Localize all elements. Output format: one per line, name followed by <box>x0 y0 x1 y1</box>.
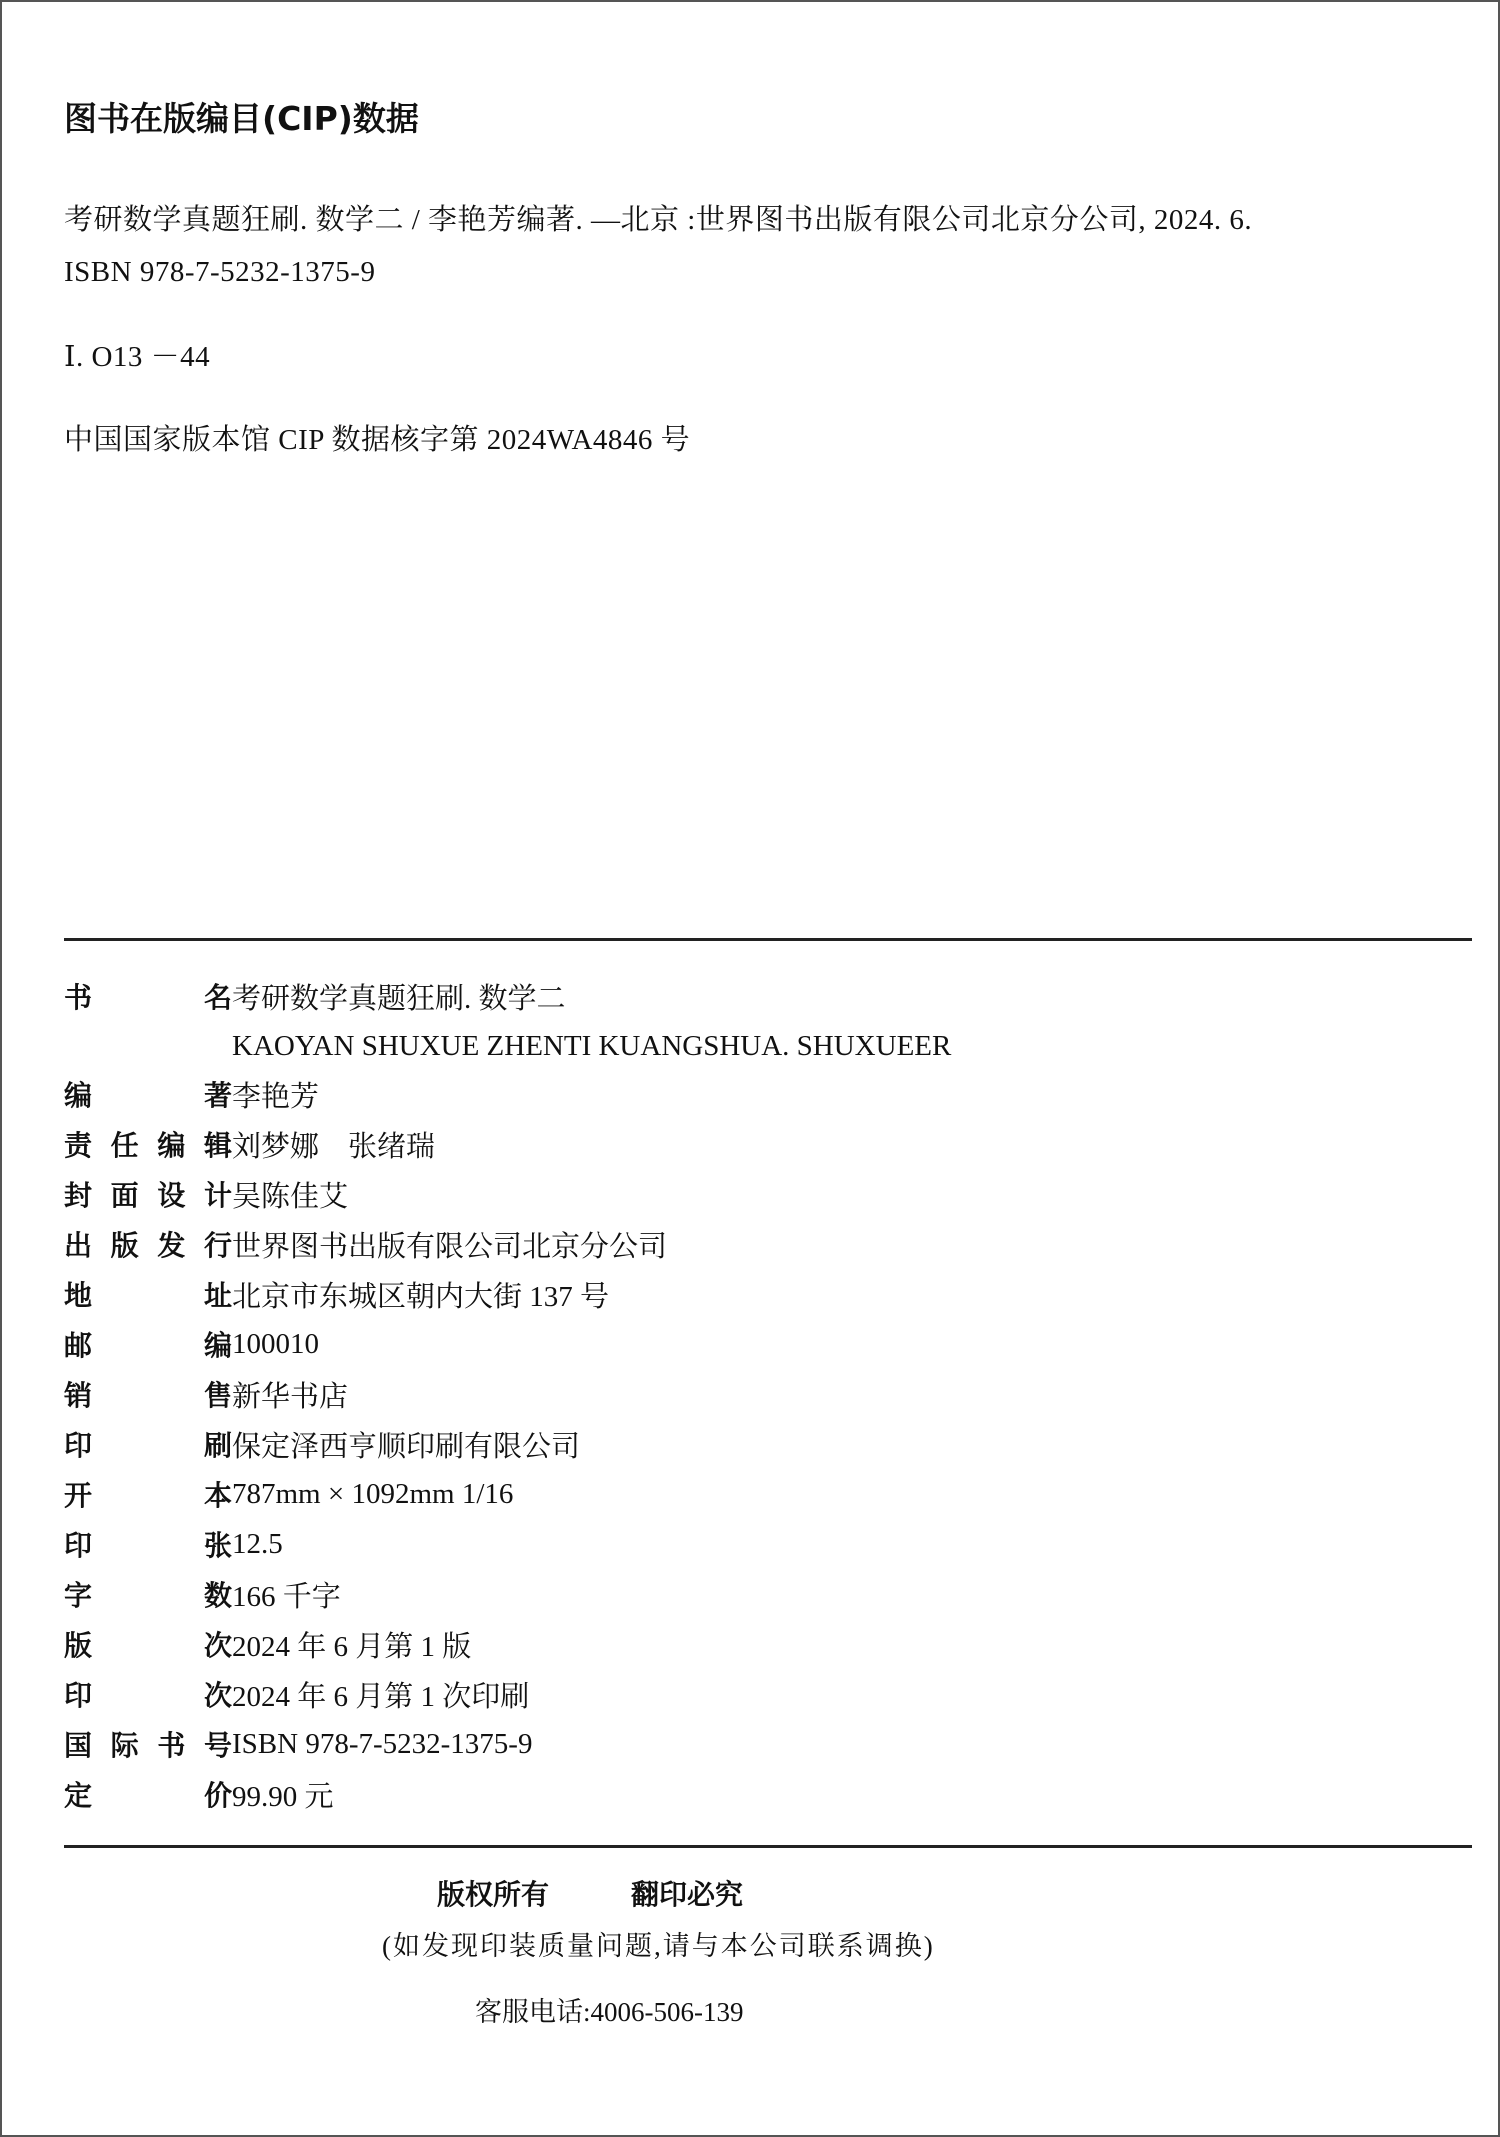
label-char: 书 <box>64 976 92 1016</box>
label-char: 责 <box>64 1124 92 1164</box>
label-char: 际 <box>111 1724 139 1764</box>
colophon-label: 开本 <box>64 1474 232 1514</box>
colophon-value: 99.90 元 <box>232 1774 334 1815</box>
label-char: 印 <box>64 1524 92 1564</box>
bottom-divider <box>64 1845 1472 1848</box>
colophon-label: 邮编 <box>64 1324 232 1364</box>
colophon-label: 责任编辑 <box>64 1124 232 1164</box>
colophon-row: 印刷保定泽西亨顺印刷有限公司 <box>64 1424 580 1464</box>
colophon-value: 北京市东城区朝内大街 137 号 <box>232 1274 609 1315</box>
label-char: 字 <box>64 1574 92 1614</box>
label-char: 编 <box>157 1124 185 1164</box>
label-char: 址 <box>204 1274 232 1314</box>
colophon-value: 世界图书出版有限公司北京分公司 <box>232 1224 667 1265</box>
label-char: 辑 <box>204 1124 232 1164</box>
colophon-value: 2024 年 6 月第 1 版 <box>232 1624 471 1665</box>
quality-notice: (如发现印装质量问题,请与本公司联系调换) <box>382 1933 935 1960</box>
label-char: 书 <box>157 1724 185 1764</box>
colophon-row: 字数166 千字 <box>64 1574 341 1614</box>
colophon-label: 封面设计 <box>64 1174 232 1214</box>
colophon-row: 邮编100010 <box>64 1324 319 1364</box>
colophon-label: 出版发行 <box>64 1224 232 1264</box>
colophon-row: 印张12.5 <box>64 1524 283 1564</box>
colophon-value: 787mm × 1092mm 1/16 <box>232 1478 513 1511</box>
top-divider <box>64 938 1472 941</box>
colophon-value: 吴陈佳艾 <box>232 1174 348 1215</box>
colophon-row: 印次2024 年 6 月第 1 次印刷 <box>64 1674 529 1714</box>
colophon-row: 编著李艳芳 <box>64 1074 319 1114</box>
label-char: 次 <box>204 1624 232 1664</box>
label-char: 邮 <box>64 1324 92 1364</box>
label-char: 开 <box>64 1474 92 1514</box>
label-char: 设 <box>157 1174 185 1214</box>
rights-reserved: 版权所有 <box>437 1881 549 1909</box>
label-char: 印 <box>64 1424 92 1464</box>
cip-classification: Ⅰ. O13 －44 <box>64 343 210 372</box>
label-char: 面 <box>111 1174 139 1214</box>
label-char: 国 <box>64 1724 92 1764</box>
colophon-row: 国际书号ISBN 978-7-5232-1375-9 <box>64 1724 532 1764</box>
label-char: 著 <box>204 1074 232 1114</box>
customer-hotline: 客服电话:4006-506-139 <box>475 1999 743 2026</box>
label-char: 售 <box>204 1374 232 1414</box>
colophon-value: 考研数学真题狂刷. 数学二 <box>232 976 566 1017</box>
label-char: 出 <box>64 1224 92 1264</box>
label-char: 版 <box>64 1624 92 1664</box>
colophon-label: 销售 <box>64 1374 232 1414</box>
cip-verification: 中国国家版本馆 CIP 数据核字第 2024WA4846 号 <box>64 426 690 455</box>
colophon-label: 印次 <box>64 1674 232 1714</box>
label-char: 数 <box>204 1574 232 1614</box>
colophon-value: 李艳芳 <box>232 1074 319 1115</box>
label-char: 号 <box>204 1724 232 1764</box>
colophon-label: 地址 <box>64 1274 232 1314</box>
label-char: 任 <box>111 1124 139 1164</box>
cip-isbn-line: ISBN 978-7-5232-1375-9 <box>64 258 375 287</box>
colophon-row: 封面设计吴陈佳艾 <box>64 1174 348 1214</box>
label-char: 定 <box>64 1774 92 1814</box>
colophon-label: 印张 <box>64 1524 232 1564</box>
colophon-label: 版次 <box>64 1624 232 1664</box>
colophon-label: 书名 <box>64 976 232 1016</box>
colophon-row: 书名考研数学真题狂刷. 数学二 <box>64 976 566 1016</box>
colophon-row: 出版发行世界图书出版有限公司北京分公司 <box>64 1224 667 1264</box>
colophon-value: 新华书店 <box>232 1374 348 1415</box>
label-char: 编 <box>64 1074 92 1114</box>
label-char: 行 <box>204 1224 232 1264</box>
colophon-value: KAOYAN SHUXUE ZHENTI KUANGSHUA. SHUXUEER <box>232 1030 951 1063</box>
colophon-label: 定价 <box>64 1774 232 1814</box>
label-char: 本 <box>204 1474 232 1514</box>
colophon-value: 100010 <box>232 1328 319 1361</box>
colophon-label: 字数 <box>64 1574 232 1614</box>
colophon-row: 地址北京市东城区朝内大街 137 号 <box>64 1274 609 1314</box>
label-char: 印 <box>64 1674 92 1714</box>
label-char: 次 <box>204 1674 232 1714</box>
colophon-value: 166 千字 <box>232 1574 341 1615</box>
colophon-row: 版次2024 年 6 月第 1 版 <box>64 1624 471 1664</box>
label-char: 张 <box>204 1524 232 1564</box>
colophon-row: 销售新华书店 <box>64 1374 348 1414</box>
label-char: 销 <box>64 1374 92 1414</box>
colophon-row: 责任编辑刘梦娜 张绪瑞 <box>64 1124 435 1164</box>
colophon-value: 保定泽西亨顺印刷有限公司 <box>232 1424 580 1465</box>
colophon-value: ISBN 978-7-5232-1375-9 <box>232 1728 532 1761</box>
colophon-row: KAOYAN SHUXUE ZHENTI KUANGSHUA. SHUXUEER <box>64 1026 951 1066</box>
colophon-value: 12.5 <box>232 1528 283 1561</box>
label-char: 版 <box>111 1224 139 1264</box>
label-char: 计 <box>204 1174 232 1214</box>
colophon-label: 国际书号 <box>64 1724 232 1764</box>
page-border <box>0 0 1500 2137</box>
label-char: 刷 <box>204 1424 232 1464</box>
colophon-row: 开本787mm × 1092mm 1/16 <box>64 1474 513 1514</box>
colophon-value: 2024 年 6 月第 1 次印刷 <box>232 1674 529 1715</box>
colophon-label: 编著 <box>64 1074 232 1114</box>
label-char: 地 <box>64 1274 92 1314</box>
label-char: 名 <box>204 976 232 1016</box>
cip-heading: 图书在版编目(CIP)数据 <box>64 102 419 135</box>
piracy-notice: 翻印必究 <box>631 1881 743 1909</box>
colophon-row: 定价99.90 元 <box>64 1774 334 1814</box>
colophon-label: 印刷 <box>64 1424 232 1464</box>
cip-record-line: 考研数学真题狂刷. 数学二 / 李艳芳编著. —北京 :世界图书出版有限公司北京… <box>64 206 1252 235</box>
label-char: 价 <box>204 1774 232 1814</box>
label-char: 发 <box>157 1224 185 1264</box>
colophon-value: 刘梦娜 张绪瑞 <box>232 1124 435 1165</box>
label-char: 封 <box>64 1174 92 1214</box>
label-char: 编 <box>204 1324 232 1364</box>
